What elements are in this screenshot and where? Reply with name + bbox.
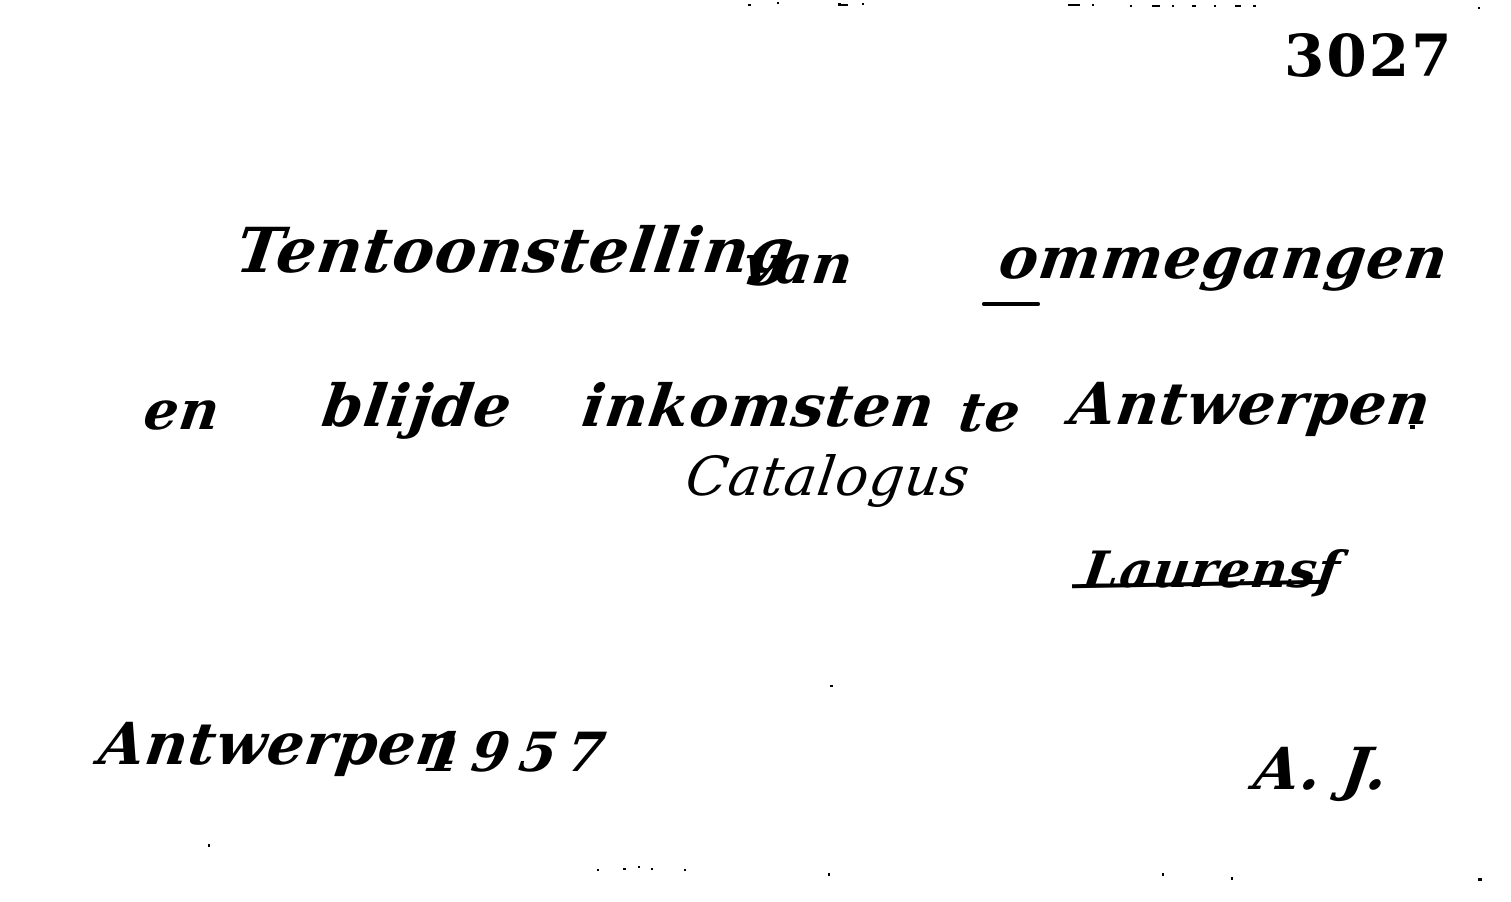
scan-speck [777,2,779,4]
scan-speck [862,3,864,5]
index-card: 3027 Tentoonstelling van ommegangen en b… [0,0,1511,902]
scan-speck [1192,5,1196,7]
title-word-te: te [955,380,1025,444]
scan-speck [748,4,751,6]
scan-speck [1162,873,1164,876]
scan-speck [651,868,653,870]
publication-year: 1957 [420,720,619,784]
scan-speck [1130,5,1132,7]
struck-through-word: Laurensf [1080,540,1344,599]
scan-speck [623,868,626,870]
title-word-antwerpen: Antwerpen [1066,370,1436,438]
scan-speck [1068,4,1080,6]
scan-speck [1092,4,1094,6]
title-word-inkomsten: inkomsten [578,372,940,440]
scan-speck [208,844,210,847]
scan-speck [1253,5,1256,7]
place-of-publication: Antwerpen [95,710,465,778]
card-number: 3027 [1284,22,1453,90]
title-word-ommegangen: ommegangen [995,224,1453,292]
underline-mark [982,302,1040,306]
scan-speck [838,4,848,6]
scan-speck [597,869,599,871]
cataloger-initials: A. J. [1250,735,1393,803]
scan-speck [1478,7,1480,9]
title-word-tentoonstelling: Tentoonstelling [232,214,799,287]
period-mark [1410,425,1415,429]
scan-speck [684,869,686,871]
subtitle-catalogus: Catalogus [682,445,974,508]
scan-speck [638,866,640,868]
title-word-blijde: blijde [318,372,517,440]
scan-speck [1235,5,1241,7]
scan-speck [1214,5,1216,7]
scan-speck [1478,878,1482,881]
scan-speck [1172,5,1174,7]
scan-speck [1152,5,1160,7]
scan-speck [1231,877,1233,880]
title-word-en: en [140,378,225,442]
scan-speck [828,873,830,876]
scan-speck [830,685,833,687]
title-word-van: van [740,232,858,296]
